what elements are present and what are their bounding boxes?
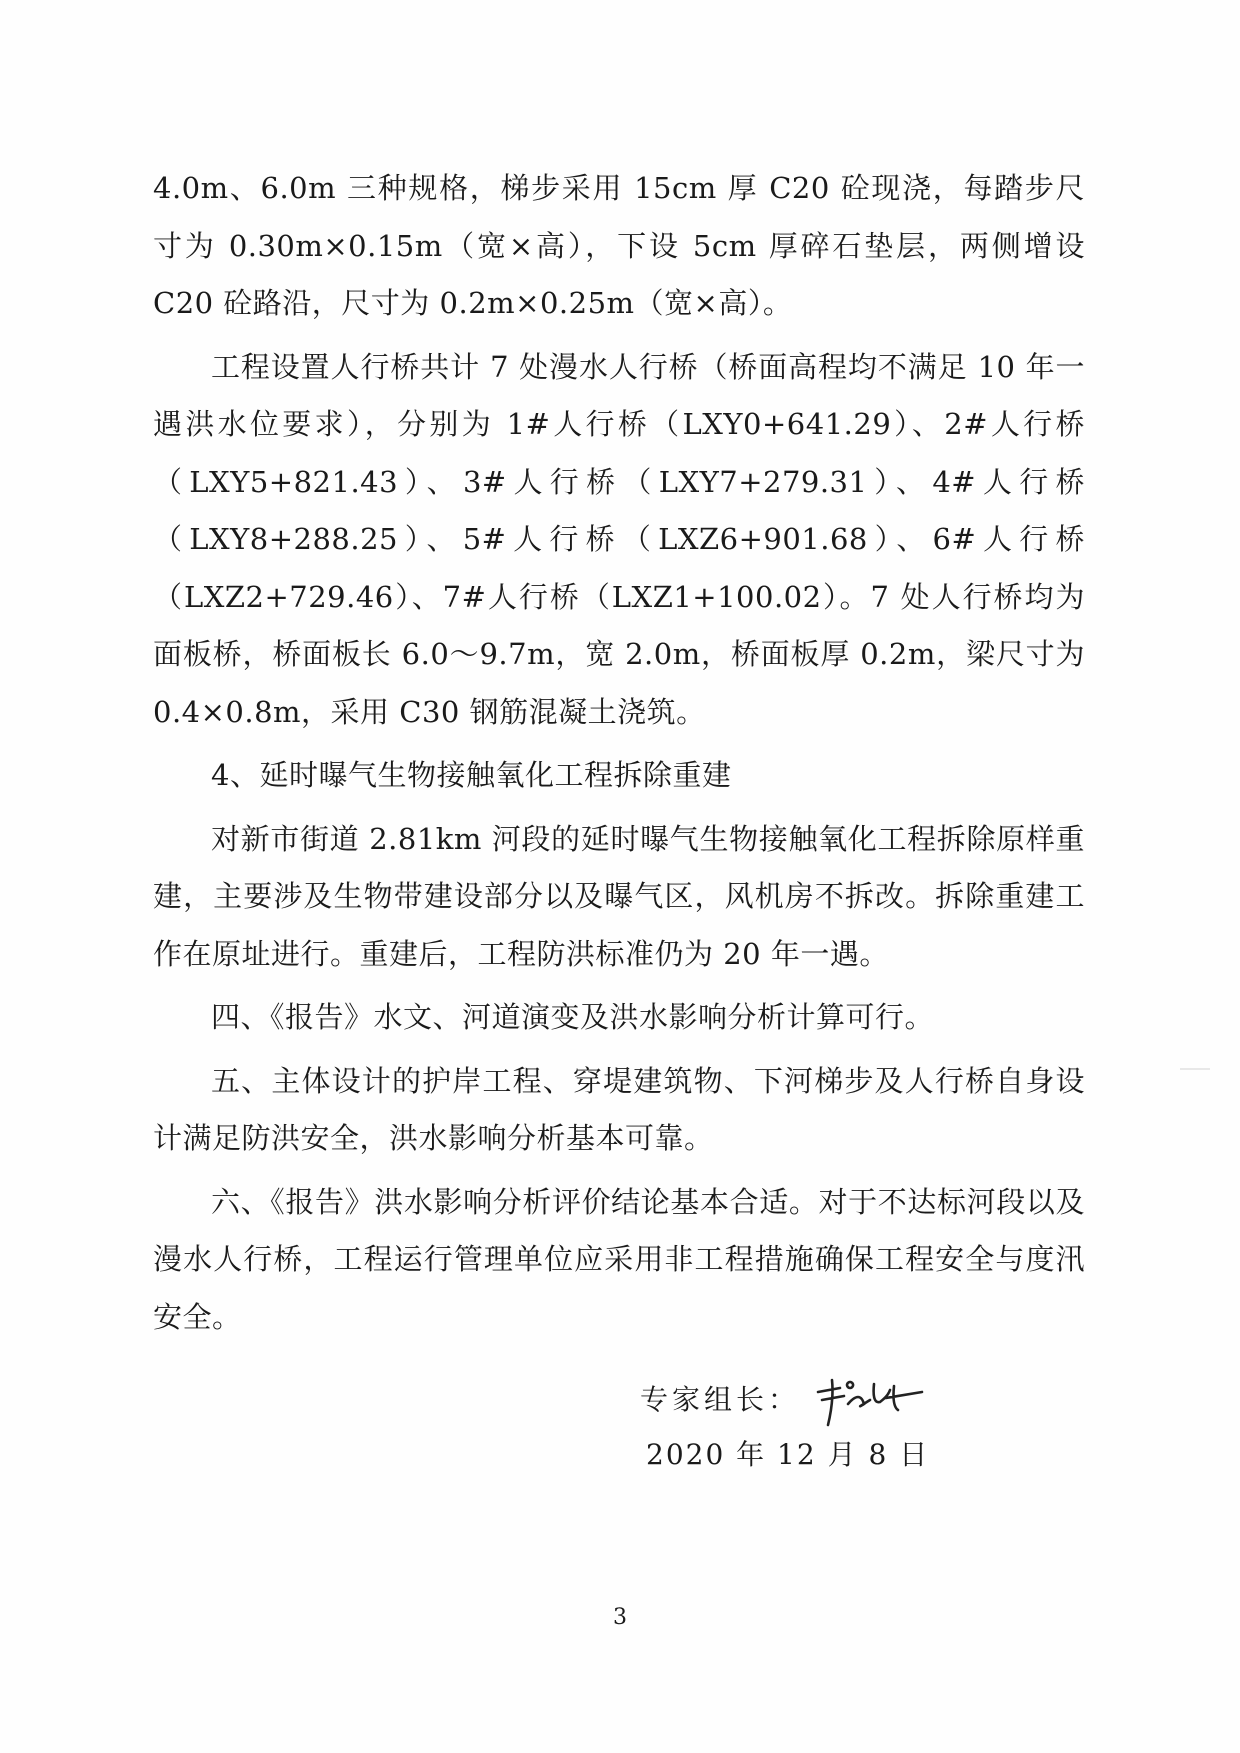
paragraph-aeration-rebuild: 对新市街道 2.81km 河段的延时曝气生物接触氧化工程拆除原样重建，主要涉及生… <box>153 811 1085 984</box>
section-heading-aeration: 4、延时曝气生物接触氧化工程拆除重建 <box>153 747 1085 805</box>
paragraph-pedestrian-bridges: 工程设置人行桥共计 7 处漫水人行桥（桥面高程均不满足 10 年一遇洪水位要求）… <box>153 339 1085 742</box>
paragraph-conclusion-six: 六、《报告》洪水影响分析评价结论基本合适。对于不达标河段以及漫水人行桥，工程运行… <box>153 1174 1085 1347</box>
scan-artifact <box>1180 1068 1210 1070</box>
paragraph-conclusion-four: 四、《报告》水文、河道演变及洪水影响分析计算可行。 <box>153 989 1085 1047</box>
document-body: 4.0m、6.0m 三种规格，梯步采用 15cm 厚 C20 砼现浇，每踏步尺寸… <box>153 160 1085 1346</box>
signature-line: 专家组长： <box>640 1370 1060 1430</box>
page-number: 3 <box>0 1605 1240 1630</box>
signature-block: 专家组长： 2020 年 12 月 8 日 <box>640 1370 1060 1480</box>
document-page: 4.0m、6.0m 三种规格，梯步采用 15cm 厚 C20 砼现浇，每踏步尺寸… <box>0 0 1240 1753</box>
paragraph-conclusion-five: 五、主体设计的护岸工程、穿堤建筑物、下河梯步及人行桥自身设计满足防洪安全，洪水影… <box>153 1053 1085 1168</box>
signature-label: 专家组长： <box>640 1375 800 1425</box>
signature-date: 2020 年 12 月 8 日 <box>646 1430 1060 1480</box>
handwritten-signature-icon <box>810 1370 930 1430</box>
paragraph-stairs-spec: 4.0m、6.0m 三种规格，梯步采用 15cm 厚 C20 砼现浇，每踏步尺寸… <box>153 160 1085 333</box>
